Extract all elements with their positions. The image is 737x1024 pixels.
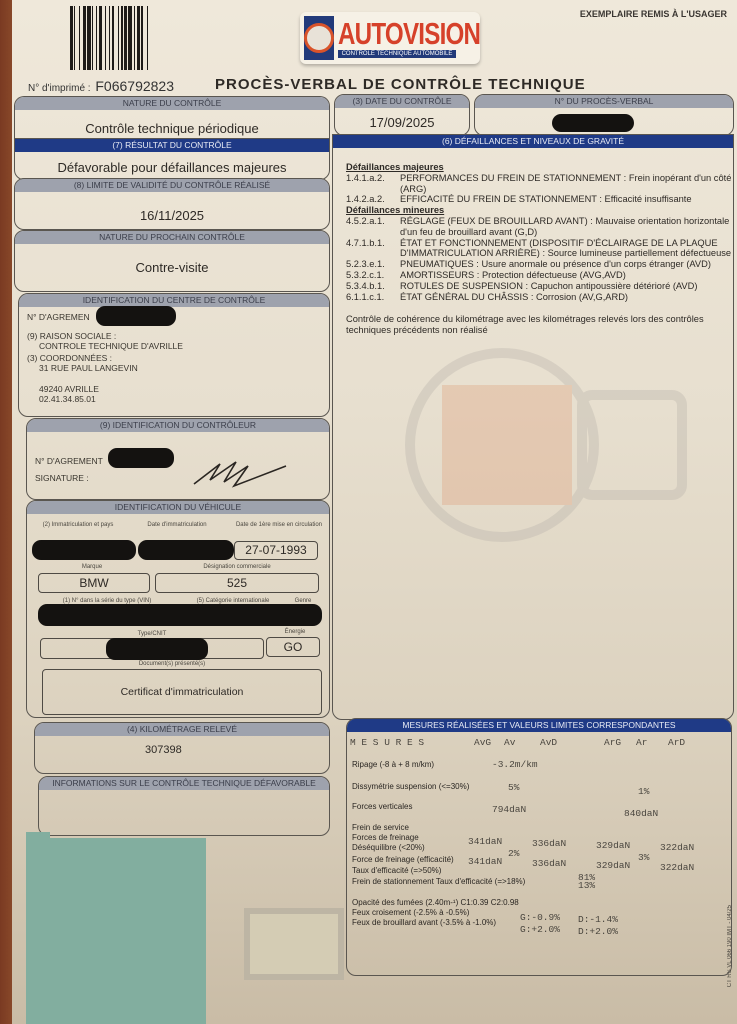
defaillance-item: 5.3.4.b.1.ROTULES DE SUSPENSION : Capuch… xyxy=(346,281,736,292)
ripage-value: -3.2m/km xyxy=(492,759,538,770)
designation-label: Désignation commerciale xyxy=(152,564,322,570)
defaillance-item: 4.5.2.a.1.RÉGLAGE (FEUX DE BROUILLARD AV… xyxy=(346,216,736,238)
logo-subtitle: CONTROLE TECHNIQUE AUTOMOBILE xyxy=(338,50,456,58)
dissymetrie-av: 5% xyxy=(508,782,519,793)
defaillance-description: ÉTAT ET FONCTIONNEMENT (DISPOSITIF D'ÉCL… xyxy=(400,238,736,260)
defaillance-description: ÉTAT GÉNÉRAL DU CHÂSSIS : Corrosion (AV,… xyxy=(400,292,628,303)
opacite-label: Opacité des fumées (2.40m-¹) C1:0.39 C2:… xyxy=(352,898,519,907)
defaillance-item: 4.7.1.b.1.ÉTAT ET FONCTIONNEMENT (DISPOS… xyxy=(346,238,736,260)
dissymetrie-ar: 1% xyxy=(638,786,649,797)
mesures-column-header: Av xyxy=(504,737,515,748)
kilometrage-note: Contrôle de cohérence du kilométrage ave… xyxy=(346,314,736,336)
date-immatriculation-label: Date d'immatriculation xyxy=(132,522,222,528)
imprime-value: F066792823 xyxy=(95,78,174,94)
document-page: AUTOVISION CONTROLE TECHNIQUE AUTOMOBILE… xyxy=(12,0,737,1024)
force-efficacite-value: 336daN xyxy=(532,858,566,869)
forces-freinage-value: 341daN xyxy=(468,836,502,847)
defaillance-description: AMORTISSEURS : Protection défectueuse (A… xyxy=(400,270,626,281)
defaillance-description: PERFORMANCES DU FREIN DE STATIONNEMENT :… xyxy=(400,173,736,195)
defaillance-code: 5.3.4.b.1. xyxy=(346,281,400,292)
feux-brouillard-d: D:+2.0% xyxy=(578,926,618,937)
forces-freinage-value: 336daN xyxy=(532,838,566,849)
barcode xyxy=(70,6,220,70)
defaillance-code: 5.2.3.e.1. xyxy=(346,259,400,270)
feux-croisement-label: Feux croisement (-2.5% à -0.5%) xyxy=(352,908,469,917)
informations-label: INFORMATIONS SUR LE CONTRÔLE TECHNIQUE D… xyxy=(39,777,329,790)
immatriculation-label: (2) Immatriculation et pays xyxy=(32,522,124,528)
coordonnees-label: (3) COORDONNÉES : xyxy=(27,353,329,363)
defaillance-description: RÉGLAGE (FEUX DE BROUILLARD AVANT) : Mau… xyxy=(400,216,736,238)
feux-croisement-g: G:-0.9% xyxy=(520,912,560,923)
mesures-column-header: M E S U R E S xyxy=(350,737,424,748)
mesures-column-header: Ar xyxy=(636,737,647,748)
documents-value: Certificat d'immatriculation xyxy=(42,669,322,715)
defaillance-item: 5.3.2.c.1.AMORTISSEURS : Protection défe… xyxy=(346,270,736,281)
forces-freinage-label: Forces de freinage xyxy=(352,833,419,842)
defaillance-item: 5.2.3.e.1.PNEUMATIQUES : Usure anormale … xyxy=(346,259,736,270)
forces-freinage-value: 329daN xyxy=(596,840,630,851)
energie-label: Énergie xyxy=(270,629,320,635)
limite-validite-value: 16/11/2025 xyxy=(15,208,329,223)
date-controle-value: 17/09/2025 xyxy=(335,115,469,130)
copy-label: EXEMPLAIRE REMIS À L'USAGER xyxy=(580,9,727,19)
desequilibre-label: Déséquilibre (<20%) xyxy=(352,843,425,852)
documents-label: Document(s) présenté(s) xyxy=(122,661,222,667)
redacted-vin-categorie-genre xyxy=(38,604,322,626)
centre-controle-label: IDENTIFICATION DU CENTRE DE CONTRÔLE xyxy=(19,294,329,307)
defaillance-description: PNEUMATIQUES : Usure anormale ou présenc… xyxy=(400,259,711,270)
date-controle-box: (3) DATE DU CONTRÔLE 17/09/2025 xyxy=(334,94,470,136)
nature-controle-label: NATURE DU CONTRÔLE xyxy=(15,97,329,110)
defaillances-list: Défaillances majeures1.4.1.a.2.PERFORMAN… xyxy=(346,162,736,336)
phone-number: 02.41.34.85.01 xyxy=(39,394,329,404)
redacted-centre-agrement xyxy=(96,306,176,326)
defaillance-item: 6.1.1.c.1.ÉTAT GÉNÉRAL DU CHÂSSIS : Corr… xyxy=(346,292,736,303)
side-reference: CT RS VL 066 190 IMT - 04/25 xyxy=(727,905,733,987)
stamp-area xyxy=(244,908,344,980)
resultat-label: (7) RÉSULTAT DU CONTRÔLE xyxy=(15,139,329,152)
marque-label: Marque xyxy=(42,564,142,570)
proces-verbal-label: N° DU PROCÈS-VERBAL xyxy=(475,95,733,108)
ripage-label: Ripage (-8 à + 8 m/km) xyxy=(352,760,434,769)
marque-value: BMW xyxy=(38,573,150,593)
missing-corner xyxy=(26,838,206,1024)
majeures-title: Défaillances majeures xyxy=(346,162,736,173)
frein-stationnement-value: 13% xyxy=(578,880,595,891)
centre-agrement-label: N° D'AGREMEN xyxy=(27,312,329,322)
forces-freinage-value: 322daN xyxy=(660,842,694,853)
mesures-column-header: ArG xyxy=(604,737,621,748)
feux-brouillard-g: G:+2.0% xyxy=(520,924,560,935)
autovision-watermark-icon xyxy=(382,345,702,555)
defaillance-item: 1.4.1.a.2.PERFORMANCES DU FREIN DE STATI… xyxy=(346,173,736,195)
defaillance-code: 4.7.1.b.1. xyxy=(346,238,400,260)
resultat-box: (7) RÉSULTAT DU CONTRÔLE Défavorable pou… xyxy=(14,138,330,180)
mesures-label: MESURES RÉALISÉES ET VALEURS LIMITES COR… xyxy=(347,719,731,732)
desequilibre-ar: 3% xyxy=(638,852,649,863)
page-title: PROCÈS-VERBAL DE CONTRÔLE TECHNIQUE xyxy=(215,76,586,93)
logo-emblem-icon xyxy=(304,16,334,60)
energie-value: GO xyxy=(266,637,320,657)
premiere-circulation-value: 27-07-1993 xyxy=(234,541,318,560)
imprime-label: N° d'imprimé : xyxy=(28,83,91,94)
defaillance-item: 1.4.2.a.2.EFFICACITÉ DU FREIN DE STATION… xyxy=(346,194,736,205)
resultat-value: Défavorable pour défaillances majeures xyxy=(15,160,329,175)
raison-sociale-value: CONTROLE TECHNIQUE D'AVRILLE xyxy=(39,341,329,351)
forces-verticales-ar: 840daN xyxy=(624,808,658,819)
frein-service-label: Frein de service xyxy=(352,823,409,832)
redacted-immatriculation xyxy=(32,540,136,560)
imprime-number: N° d'imprimé : F066792823 xyxy=(28,78,174,94)
feux-brouillard-label: Feux de brouillard avant (-3.5% à -1.0%) xyxy=(352,918,496,927)
mesures-column-header: AvG xyxy=(474,737,491,748)
feux-croisement-d: D:-1.4% xyxy=(578,914,618,925)
defaillances-label: (6) DÉFAILLANCES ET NIVEAUX DE GRAVITÉ xyxy=(333,135,733,148)
defaillance-code: 1.4.1.a.2. xyxy=(346,173,400,195)
defaillance-description: ROTULES DE SUSPENSION : Capuchon antipou… xyxy=(400,281,697,292)
limite-validite-box: (8) LIMITE DE VALIDITÉ DU CONTRÔLE RÉALI… xyxy=(14,178,330,230)
redacted-pv-number xyxy=(552,114,634,132)
kilometrage-value: 307398 xyxy=(35,744,329,756)
designation-value: 525 xyxy=(155,573,319,593)
redacted-date-immatriculation xyxy=(138,540,234,560)
redacted-controleur-agrement xyxy=(108,448,174,468)
controleur-label: (9) IDENTIFICATION DU CONTRÔLEUR xyxy=(27,419,329,432)
prochain-controle-box: NATURE DU PROCHAIN CONTRÔLE Contre-visit… xyxy=(14,230,330,292)
dissymetrie-label: Dissymétrie suspension (<=30%) xyxy=(352,782,469,791)
defaillance-code: 4.5.2.a.1. xyxy=(346,216,400,238)
nature-controle-box: NATURE DU CONTRÔLE Contrôle technique pé… xyxy=(14,96,330,142)
defaillance-code: 6.1.1.c.1. xyxy=(346,292,400,303)
kilometrage-label: (4) KILOMÉTRAGE RELEVÉ xyxy=(35,723,329,736)
redacted-type-cnit xyxy=(106,638,208,660)
defaillance-description: EFFICACITÉ DU FREIN DE STATIONNEMENT : E… xyxy=(400,194,692,205)
defaillance-code: 5.3.2.c.1. xyxy=(346,270,400,281)
informations-box: INFORMATIONS SUR LE CONTRÔLE TECHNIQUE D… xyxy=(38,776,330,836)
mesures-column-header: AvD xyxy=(540,737,557,748)
signature-scribble xyxy=(190,456,290,492)
address-line-1: 31 RUE PAUL LANGEVIN xyxy=(39,363,329,373)
address-line-2: 49240 AVRILLE xyxy=(39,384,329,394)
taux-efficacite-label: Taux d'efficacité (=>50%) xyxy=(352,866,441,875)
force-efficacite-label: Force de freinage (efficacité) xyxy=(352,855,454,864)
type-cnit-label: Type/CNIT xyxy=(122,631,182,637)
date-controle-label: (3) DATE DU CONTRÔLE xyxy=(335,95,469,108)
vehicule-label: IDENTIFICATION DU VÉHICULE xyxy=(27,501,329,514)
limite-validite-label: (8) LIMITE DE VALIDITÉ DU CONTRÔLE RÉALI… xyxy=(15,179,329,192)
desequilibre-av: 2% xyxy=(508,848,519,859)
logo-brand: AUTOVISION xyxy=(338,19,480,49)
force-efficacite-value: 322daN xyxy=(660,862,694,873)
prochain-controle-value: Contre-visite xyxy=(15,260,329,275)
kilometrage-box: (4) KILOMÉTRAGE RELEVÉ 307398 xyxy=(34,722,330,774)
nature-controle-value: Contrôle technique périodique xyxy=(15,121,329,136)
forces-verticales-label: Forces verticales xyxy=(352,802,412,811)
autovision-logo: AUTOVISION CONTROLE TECHNIQUE AUTOMOBILE xyxy=(300,12,480,64)
premiere-circulation-label: Date de 1ère mise en circulation xyxy=(234,522,324,528)
force-efficacite-value: 341daN xyxy=(468,856,502,867)
mesures-column-header: ArD xyxy=(668,737,685,748)
raison-sociale-label: (9) RAISON SOCIALE : xyxy=(27,331,329,341)
forces-verticales-av: 794daN xyxy=(492,804,526,815)
force-efficacite-value: 329daN xyxy=(596,860,630,871)
prochain-controle-label: NATURE DU PROCHAIN CONTRÔLE xyxy=(15,231,329,244)
frein-stationnement-label: Frein de stationnement Taux d'efficacité… xyxy=(352,877,525,886)
mineures-title: Défaillances mineures xyxy=(346,205,736,216)
defaillance-code: 1.4.2.a.2. xyxy=(346,194,400,205)
